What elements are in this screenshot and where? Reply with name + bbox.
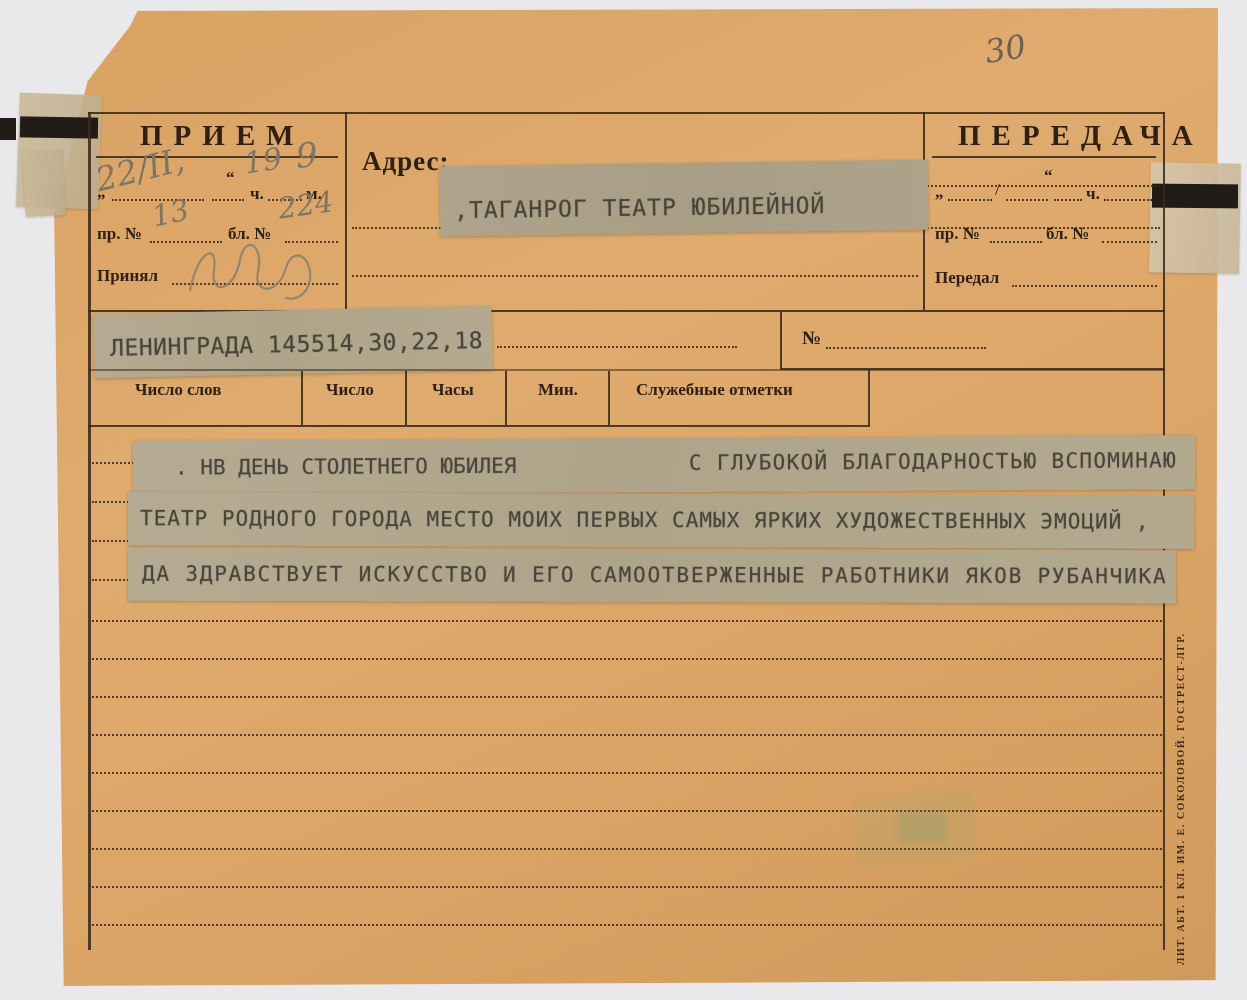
table-header-word-count: Число слов xyxy=(135,380,221,400)
table-header-hours: Часы xyxy=(432,380,474,400)
dotted-line xyxy=(1104,198,1152,201)
dotted-line xyxy=(990,240,1042,243)
dotted-line xyxy=(826,346,986,349)
table-column-divider xyxy=(301,371,303,425)
reception-box-divider xyxy=(345,112,347,310)
table-header-service-marks: Служебные отметки xyxy=(636,380,793,400)
origin-strip-text: ЛЕНИНГРАДА 145514,30,22,18 xyxy=(110,328,483,362)
reception-close-quote: “ xyxy=(226,168,235,188)
printer-imprint-vertical-text: ЛИТ. АБТ. 1 КЛ. ИМ. Е. СОКОЛОВОЙ. ГОСТРЕ… xyxy=(1176,632,1187,965)
transmission-slash: / xyxy=(995,180,1000,200)
table-header-minutes: Мин. xyxy=(538,380,578,400)
dotted-line xyxy=(92,885,1162,888)
dotted-line xyxy=(352,274,918,277)
dotted-line xyxy=(92,461,134,464)
dotted-line xyxy=(92,771,1162,774)
table-column-divider xyxy=(405,371,407,425)
dotted-line xyxy=(1006,198,1048,201)
address-strip-text: ,ТАГАНРОГ ТЕАТР ЮБИЛЕЙНОЙ xyxy=(454,193,826,224)
scan-edge-mark xyxy=(0,118,16,140)
handwritten-signature xyxy=(182,232,332,310)
table-column-divider xyxy=(608,371,610,425)
handwritten-page-number: 30 xyxy=(982,27,1028,71)
handwritten-hour: 19 xyxy=(242,142,285,182)
faint-stamp-mark xyxy=(898,812,946,842)
dotted-line xyxy=(1012,284,1157,287)
dotted-line xyxy=(92,695,1162,698)
dotted-line xyxy=(948,198,992,201)
transmission-bl-label: бл. № xyxy=(1046,224,1089,244)
message-line2: ТЕАТР РОДНОГО ГОРОДА МЕСТО МОИХ ПЕРВЫХ С… xyxy=(140,506,1150,534)
message-tape-strip-3: ДА ЗДРАВСТВУЕТ ИСКУССТВО И ЕГО САМООТВЕР… xyxy=(128,548,1176,604)
form-top-border xyxy=(88,112,1165,114)
transmission-title: ПЕРЕДАЧА xyxy=(958,120,1204,153)
dotted-line xyxy=(212,198,244,201)
transmission-open-quote: „ xyxy=(935,182,944,202)
transmission-title-rule xyxy=(932,156,1156,158)
dotted-line xyxy=(92,923,1162,926)
form-left-border xyxy=(88,112,91,950)
transmission-sent-by-label: Передал xyxy=(935,268,999,288)
dotted-line xyxy=(1054,198,1082,201)
table-column-divider xyxy=(505,371,507,425)
dotted-line xyxy=(92,619,1162,622)
dotted-line xyxy=(1102,240,1157,243)
number-box-divider xyxy=(780,311,782,369)
message-line1-left: . НВ ДЕНЬ СТОЛЕТНЕГО ЮБИЛЕЯ xyxy=(175,454,516,480)
message-tape-strip-1: . НВ ДЕНЬ СТОЛЕТНЕГО ЮБИЛЕЯ С ГЛУБОКОЙ Б… xyxy=(133,435,1195,495)
reception-pr-label: пр. № xyxy=(97,224,142,244)
dotted-line xyxy=(92,657,1162,660)
dotted-line xyxy=(92,539,132,542)
table-header-top-border xyxy=(88,369,1165,371)
message-line3: ДА ЗДРАВСТВУЕТ ИСКУССТВО И ЕГО САМООТВЕР… xyxy=(142,562,1168,589)
tape-piece-left-lower xyxy=(22,149,65,217)
transmission-hour-label: ч. xyxy=(1086,184,1100,204)
tape-black-stripe-left xyxy=(20,116,98,138)
transmission-pr-label: пр. № xyxy=(935,224,980,244)
reception-received-by-label: Принял xyxy=(97,266,158,286)
origin-tape-strip: ЛЕНИНГРАДА 145514,30,22,18 xyxy=(93,306,492,378)
dotted-line xyxy=(92,847,1162,850)
table-header-bottom-border xyxy=(88,425,870,427)
transmission-close-quote: “ xyxy=(1044,166,1053,186)
reception-hour-label: ч. xyxy=(250,184,264,204)
dotted-line xyxy=(92,500,132,503)
address-label: Адрес: xyxy=(362,146,449,177)
handwritten-minute: 9 xyxy=(295,135,319,176)
table-column-divider xyxy=(868,369,870,425)
number-field-label: № xyxy=(802,328,821,350)
message-tape-strip-2: ТЕАТР РОДНОГО ГОРОДА МЕСТО МОИХ ПЕРВЫХ С… xyxy=(128,492,1194,549)
table-header-date: Число xyxy=(326,380,374,400)
dotted-line xyxy=(497,345,737,348)
message-line1-right: С ГЛУБОКОЙ БЛАГОДАРНОСТЬЮ ВСПОМИНАЮ xyxy=(689,448,1177,475)
dotted-line xyxy=(92,809,1162,812)
dotted-line xyxy=(92,733,1162,736)
scan-background: 30 ПРИЕМ „ “ ч. м. пр. № бл. № Принял 22… xyxy=(0,0,1247,1000)
address-tape-strip: ,ТАГАНРОГ ТЕАТР ЮБИЛЕЙНОЙ xyxy=(440,160,929,237)
dotted-line xyxy=(92,578,132,581)
